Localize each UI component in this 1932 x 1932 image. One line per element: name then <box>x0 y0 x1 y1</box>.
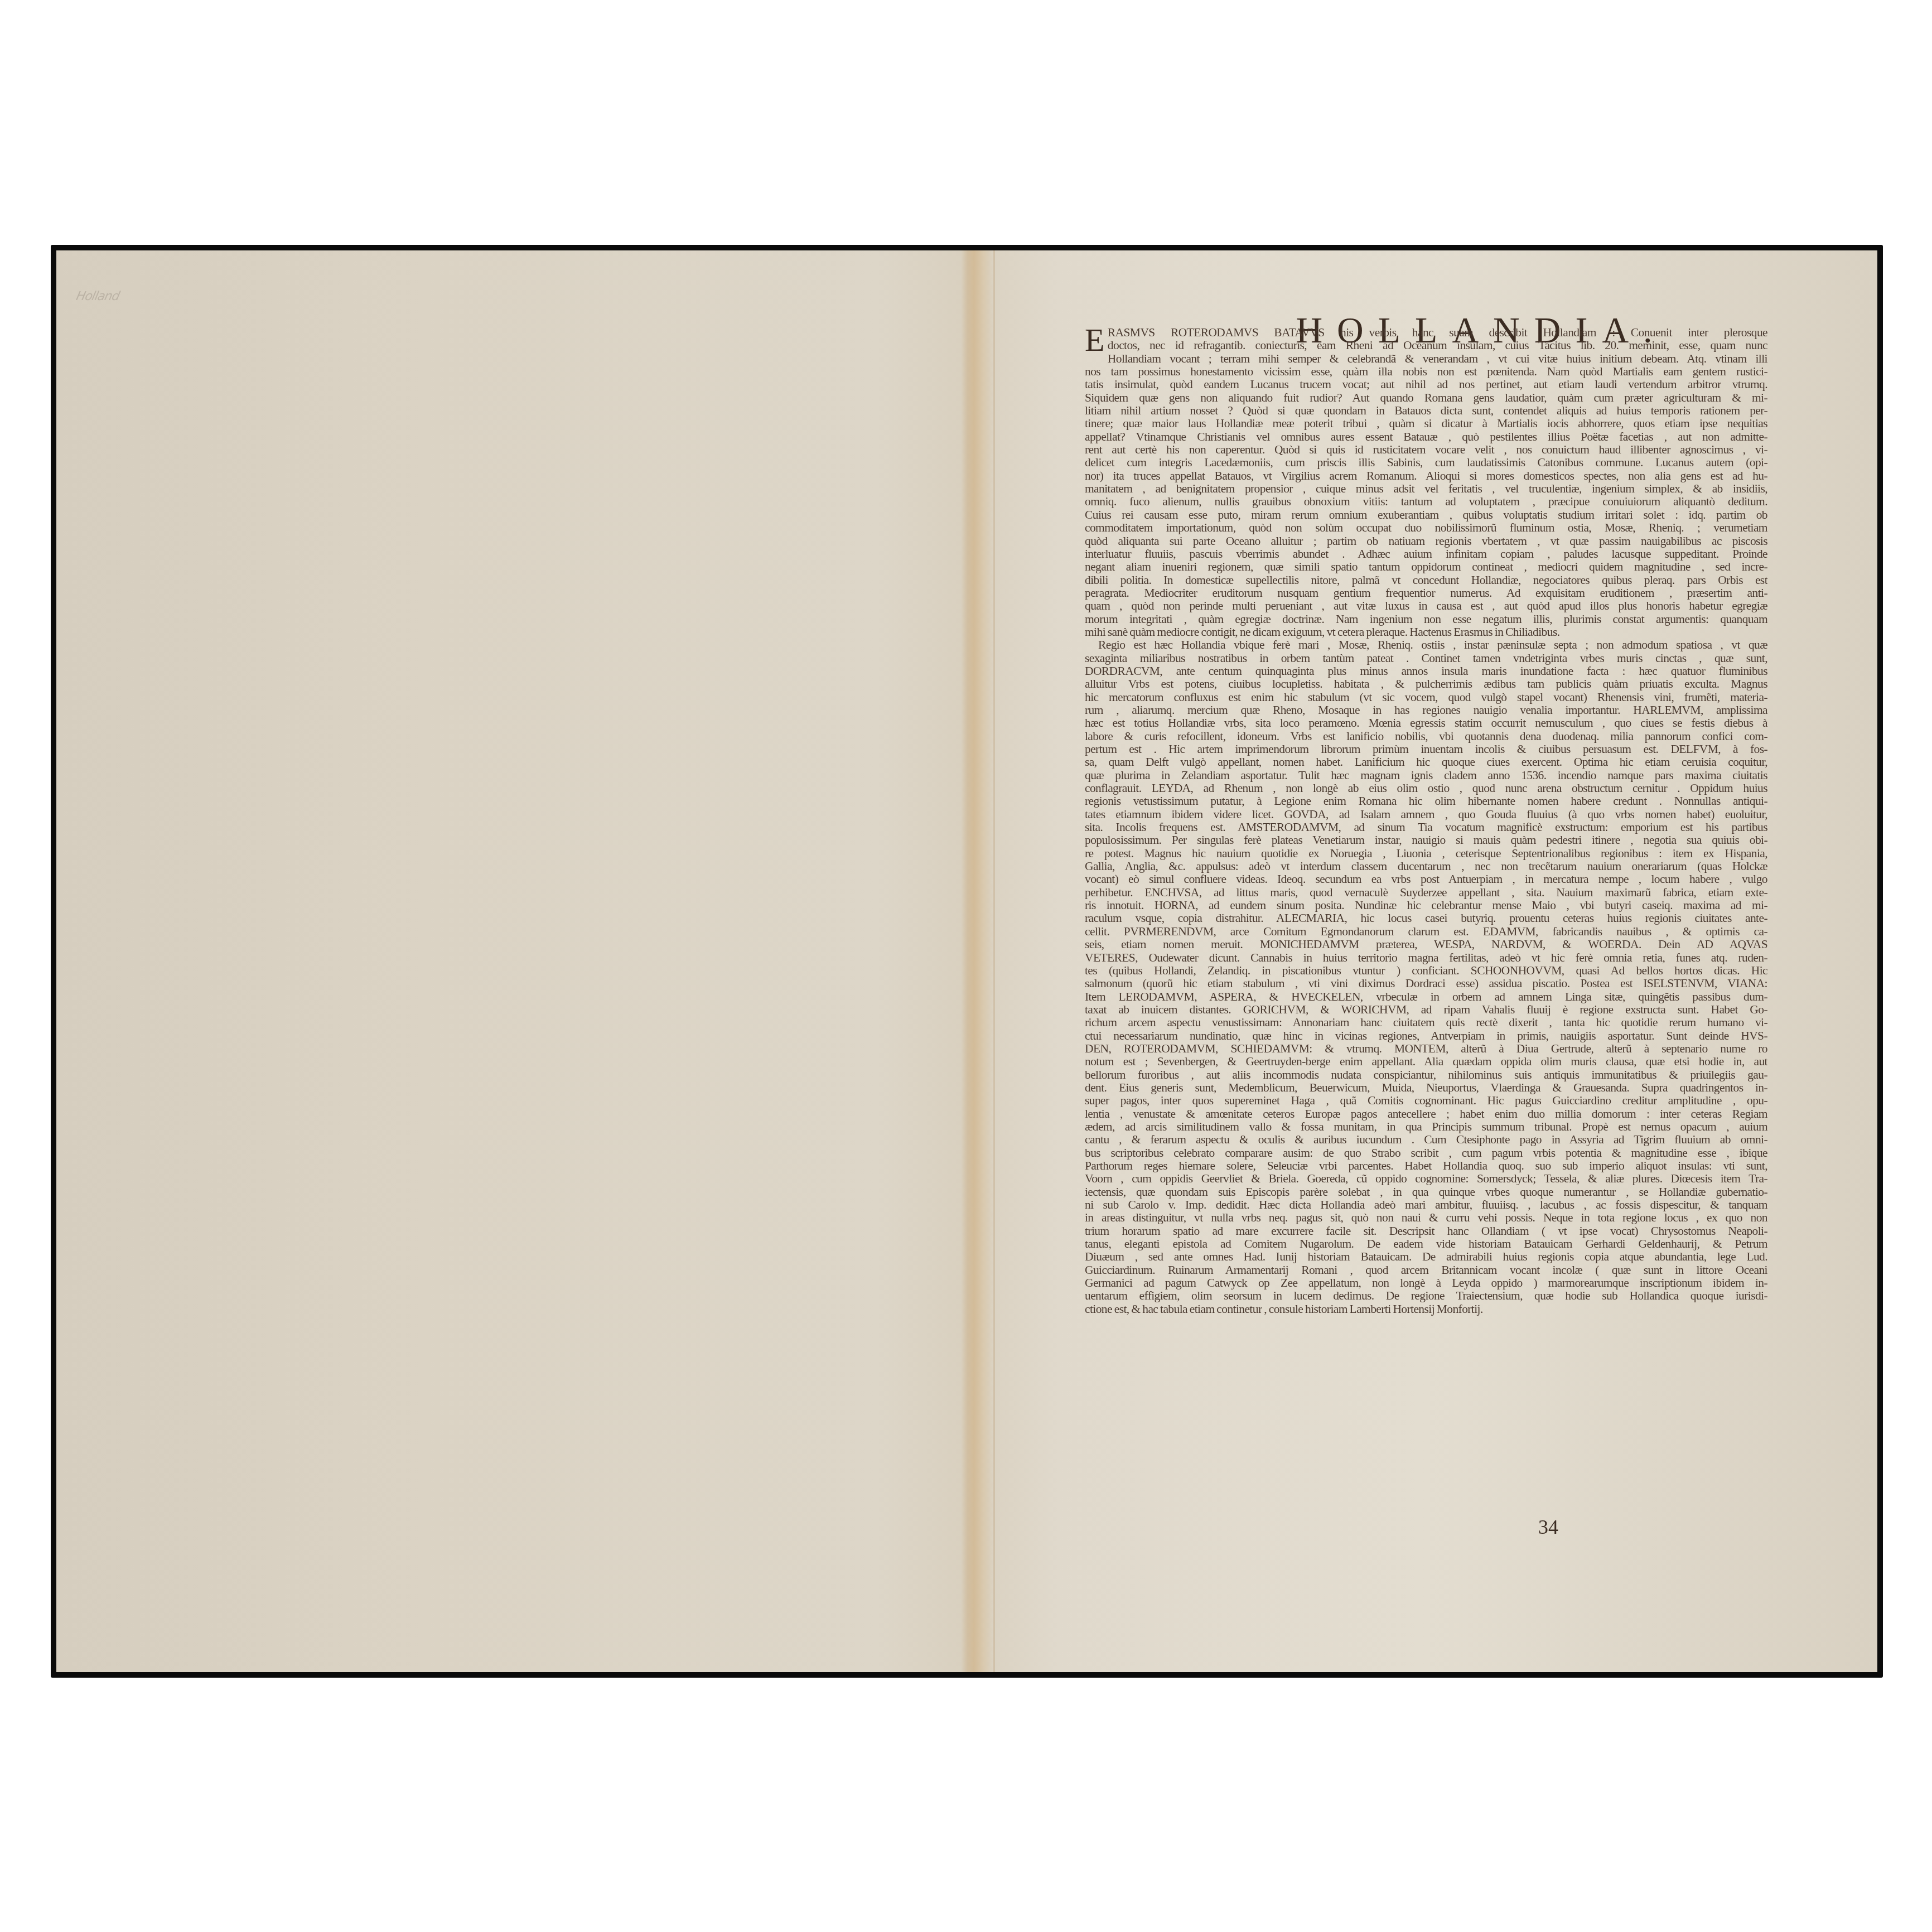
text-line: populosissimum. Per singulas ferè platea… <box>1085 834 1767 847</box>
text-line: sexaginta miliaribus nostratibus in orbe… <box>1085 652 1767 665</box>
text-line: regionis vetustissimum putatur, à Legion… <box>1085 795 1767 808</box>
text-line: ni sub Carolo v. Imp. dedidit. Hæc dicta… <box>1085 1199 1767 1211</box>
text-line: labore & curis refocillent, idoneum. Vrb… <box>1085 730 1767 743</box>
scanned-document-frame: Holland HOLLANDIA. E RASMVS ROTERODAMVS … <box>51 245 1883 1678</box>
text-line: Guicciardinum. Ruinarum Armamentarij Rom… <box>1085 1264 1767 1277</box>
text-line: Hollandiam vocant ; terram mihi semper &… <box>1108 352 1767 365</box>
text-line: DEN, ROTERODAMVM, SCHIEDAMVM: & vtrumq. … <box>1085 1042 1767 1055</box>
text-line: iectensis, quæ quondam suis Episcopis pa… <box>1085 1186 1767 1199</box>
text-line: Parthorum reges hiemare solere, Seleuciæ… <box>1085 1160 1767 1172</box>
text-line: omniq. fuco alienum, nullis grauibus obn… <box>1085 495 1767 508</box>
text-line: interluatur fluuiis, pascuis vberrimis a… <box>1085 548 1767 561</box>
text-line: ædem, ad arcis similitudinem vallo & fos… <box>1085 1120 1767 1133</box>
text-line: ctione est, & hac tabula etiam continetu… <box>1085 1303 1767 1316</box>
text-line: dibili politia. In domesticæ supellectil… <box>1085 574 1767 587</box>
center-fold-line <box>993 250 995 1672</box>
text-line: manitatem , ad benignitatem propensior ,… <box>1085 482 1767 495</box>
text-line: DORDRACVM, ante centum quinquaginta plus… <box>1085 665 1767 678</box>
text-line: cantu , & ferarum aspectu & oculis & aur… <box>1085 1133 1767 1146</box>
text-line: super pagos, inter quos supereminet Haga… <box>1085 1094 1767 1107</box>
text-line: hæc est totius Hollandiæ vrbs, sita loco… <box>1085 717 1767 730</box>
text-line: dent. Eius generis sunt, Medemblicum, Be… <box>1085 1081 1767 1094</box>
text-line: rent aut certè his non caperentur. Quòd … <box>1085 443 1767 456</box>
center-fold-stain <box>961 250 993 1672</box>
text-line: delicet cum integris Lacedæmoniis, cum p… <box>1085 456 1767 469</box>
text-line: richum arcem aspectu venustissimam: Anno… <box>1085 1016 1767 1029</box>
text-line: peragrata. Mediocriter eruditorum nusqua… <box>1085 587 1767 600</box>
text-line: tanus, eleganti epistola ad Comitem Nuga… <box>1085 1238 1767 1250</box>
text-line: in areas distinguitur, vt nulla vrbs neq… <box>1085 1211 1767 1224</box>
text-line: Voorn , cum oppidis Geervliet & Briela. … <box>1085 1172 1767 1185</box>
text-line: vocant) eò simul confluere videas. Ideoq… <box>1085 873 1767 886</box>
text-line: notum est ; Sevenbergen, & Geertruyden-b… <box>1085 1055 1767 1068</box>
text-line: rum , aliarumq. mercium quæ Rheno, Mosaq… <box>1085 704 1767 717</box>
text-line: commoditatem importationum, quòd non sol… <box>1085 521 1767 534</box>
page-number: 34 <box>1538 1515 1558 1539</box>
text-line: tatis insimulat, quòd eandem Lucanus tru… <box>1085 378 1767 391</box>
text-line: sita. Incolis frequens est. AMSTERODAMVM… <box>1085 821 1767 834</box>
text-line: Diuæum , sed ante omnes Had. Iunij histo… <box>1085 1250 1767 1263</box>
text-line: quæ plurima in Zelandiam asportatur. Tul… <box>1085 769 1767 782</box>
text-line: pertum est . Hic artem imprimendorum lib… <box>1085 743 1767 756</box>
text-line: tates etiamnum ibidem videre licet. GOVD… <box>1085 808 1767 821</box>
text-line: appellat? Vtinamque Christianis vel omni… <box>1085 431 1767 443</box>
text-line: uentarum effigiem, olim seorsum in lucem… <box>1085 1289 1767 1302</box>
text-line: conflagrauit. LEYDA, ad Rhenum , non lon… <box>1085 782 1767 795</box>
text-line: bellorum furoribus , aut aliis incommodi… <box>1085 1069 1767 1081</box>
text-line: nos tam possimus honestamento vicissim e… <box>1085 365 1767 378</box>
text-line: raculum vsque, copia distrahitur. ALECMA… <box>1085 912 1767 925</box>
text-line: mihi sanè quàm mediocre contigit, ne dic… <box>1085 626 1767 639</box>
text-line: ctui necessariarum nundinatio, quæ hinc … <box>1085 1030 1767 1042</box>
drop-cap: E <box>1085 327 1104 353</box>
text-line: tinere; quæ maior laus Hollandiæ meæ pot… <box>1085 417 1767 430</box>
text-line: nor) ita truces appellat Batauos, vt Vir… <box>1085 470 1767 482</box>
text-line: re potest. Magnus hic nauium quotidie ex… <box>1085 847 1767 860</box>
text-line: morum integritati , quàm egregiæ doctrin… <box>1085 613 1767 626</box>
text-line: Germanici ad pagum Catwyck op Zee appell… <box>1085 1277 1767 1289</box>
text-line: cellit. PVRMERENDVM, arce Comitum Egmond… <box>1085 925 1767 938</box>
text-line: trium horarum spatio ad mare excurrere f… <box>1085 1225 1767 1238</box>
text-line: quam , quòd non perinde multi perueniant… <box>1085 600 1767 612</box>
pencil-annotation: Holland <box>75 289 120 303</box>
text-line: litiam nihil artium nosset ? Quòd si quæ… <box>1085 404 1767 417</box>
text-line: sa, quam Delft vulgò appellant, nomen ha… <box>1085 756 1767 769</box>
text-line: alluitur Vrbs est potens, ciuibus locupl… <box>1085 678 1767 690</box>
text-line: lentia , venustate & amœnitate ceteros E… <box>1085 1108 1767 1120</box>
text-line: salmonum (quorũ hic etiam stabulum , vti… <box>1085 977 1767 990</box>
text-line: negant aliam inueniri regionem, quæ simi… <box>1085 561 1767 573</box>
text-line: quòd aliquanta sui parte Oceano alluitur… <box>1085 535 1767 548</box>
text-line: Siquidem quæ gens non aliquando fuit rud… <box>1085 392 1767 404</box>
text-line: ris innotuit. HORNA, ad eundem sinum pos… <box>1085 899 1767 912</box>
text-line: doctos, nec id refragantib. coniecturis,… <box>1108 339 1767 352</box>
text-line: Gallia, Anglia, &c. appulsus: adeò vt in… <box>1085 860 1767 873</box>
latin-body-text: E RASMVS ROTERODAMVS BATAVVS his verbis … <box>1085 326 1767 1316</box>
text-line: Item LERODAMVM, ASPERA, & HVECKELEN, vrb… <box>1085 991 1767 1003</box>
text-line: bus scriptoribus celebrato comparare aus… <box>1085 1147 1767 1160</box>
left-page-blank: Holland <box>56 250 971 1672</box>
text-line: Regio est hæc Hollandia vbique ferè mari… <box>1085 639 1767 651</box>
text-line: VETERES, Oudewater dicunt. Cannabis in h… <box>1085 951 1767 964</box>
text-line: Cuius rei causam esse puto, miram rerum … <box>1085 509 1767 521</box>
text-line: RASMVS ROTERODAMVS BATAVVS his verbis ha… <box>1108 326 1767 339</box>
text-line: tes (quibus Hollandi, Zelandiq. in pisca… <box>1085 964 1767 977</box>
text-line: seis, etiam nomen meruit. MONICHEDAMVM p… <box>1085 938 1767 951</box>
text-line: taxat ab inuicem distantes. GORICHVM, & … <box>1085 1003 1767 1016</box>
text-line: hic mercatorum confluxus est enim hic st… <box>1085 691 1767 704</box>
text-line: perhibetur. ENCHVSA, ad littus maris, qu… <box>1085 886 1767 899</box>
